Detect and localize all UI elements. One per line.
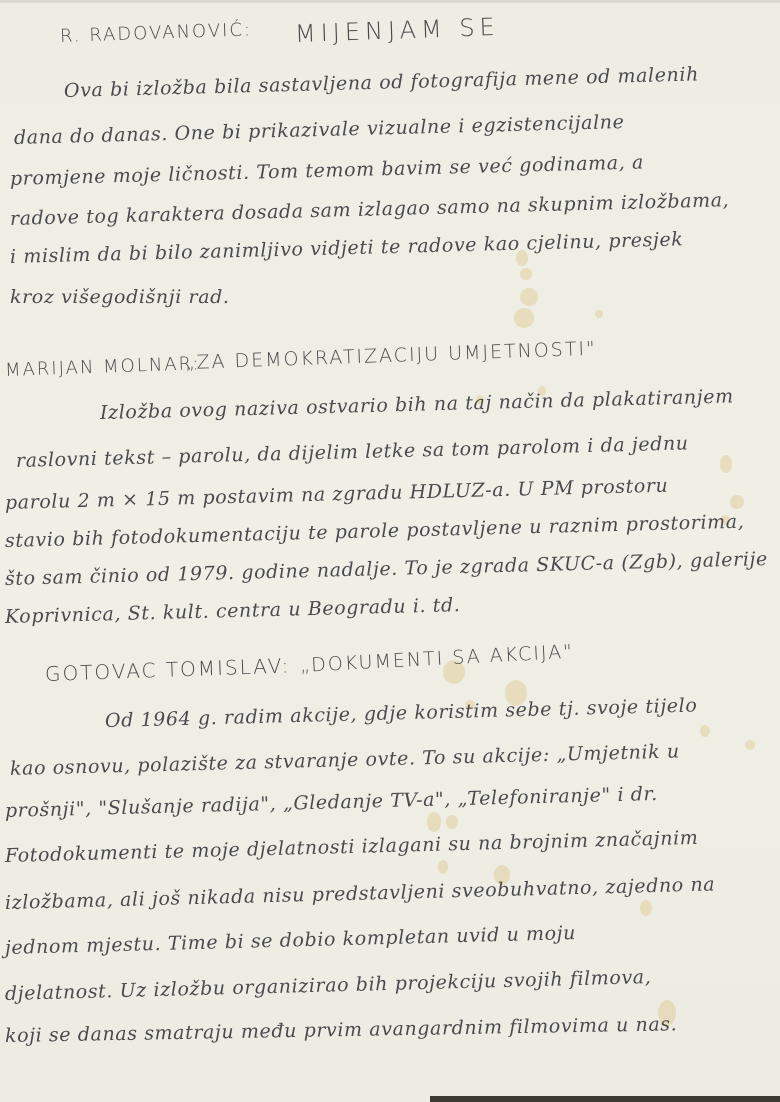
stain	[446, 815, 458, 829]
stain	[640, 900, 652, 916]
stain	[514, 308, 534, 328]
stain	[520, 288, 538, 306]
stain	[438, 860, 448, 874]
stain	[720, 455, 732, 473]
stain	[745, 740, 755, 750]
stain	[427, 812, 441, 832]
stain	[595, 310, 603, 318]
stain	[700, 725, 710, 737]
text-line: kroz višegodišnji rad.	[10, 286, 230, 308]
stain	[730, 495, 744, 509]
page-top-edge	[0, 0, 780, 3]
page-bottom-shadow	[430, 1096, 780, 1102]
stain	[520, 268, 532, 280]
